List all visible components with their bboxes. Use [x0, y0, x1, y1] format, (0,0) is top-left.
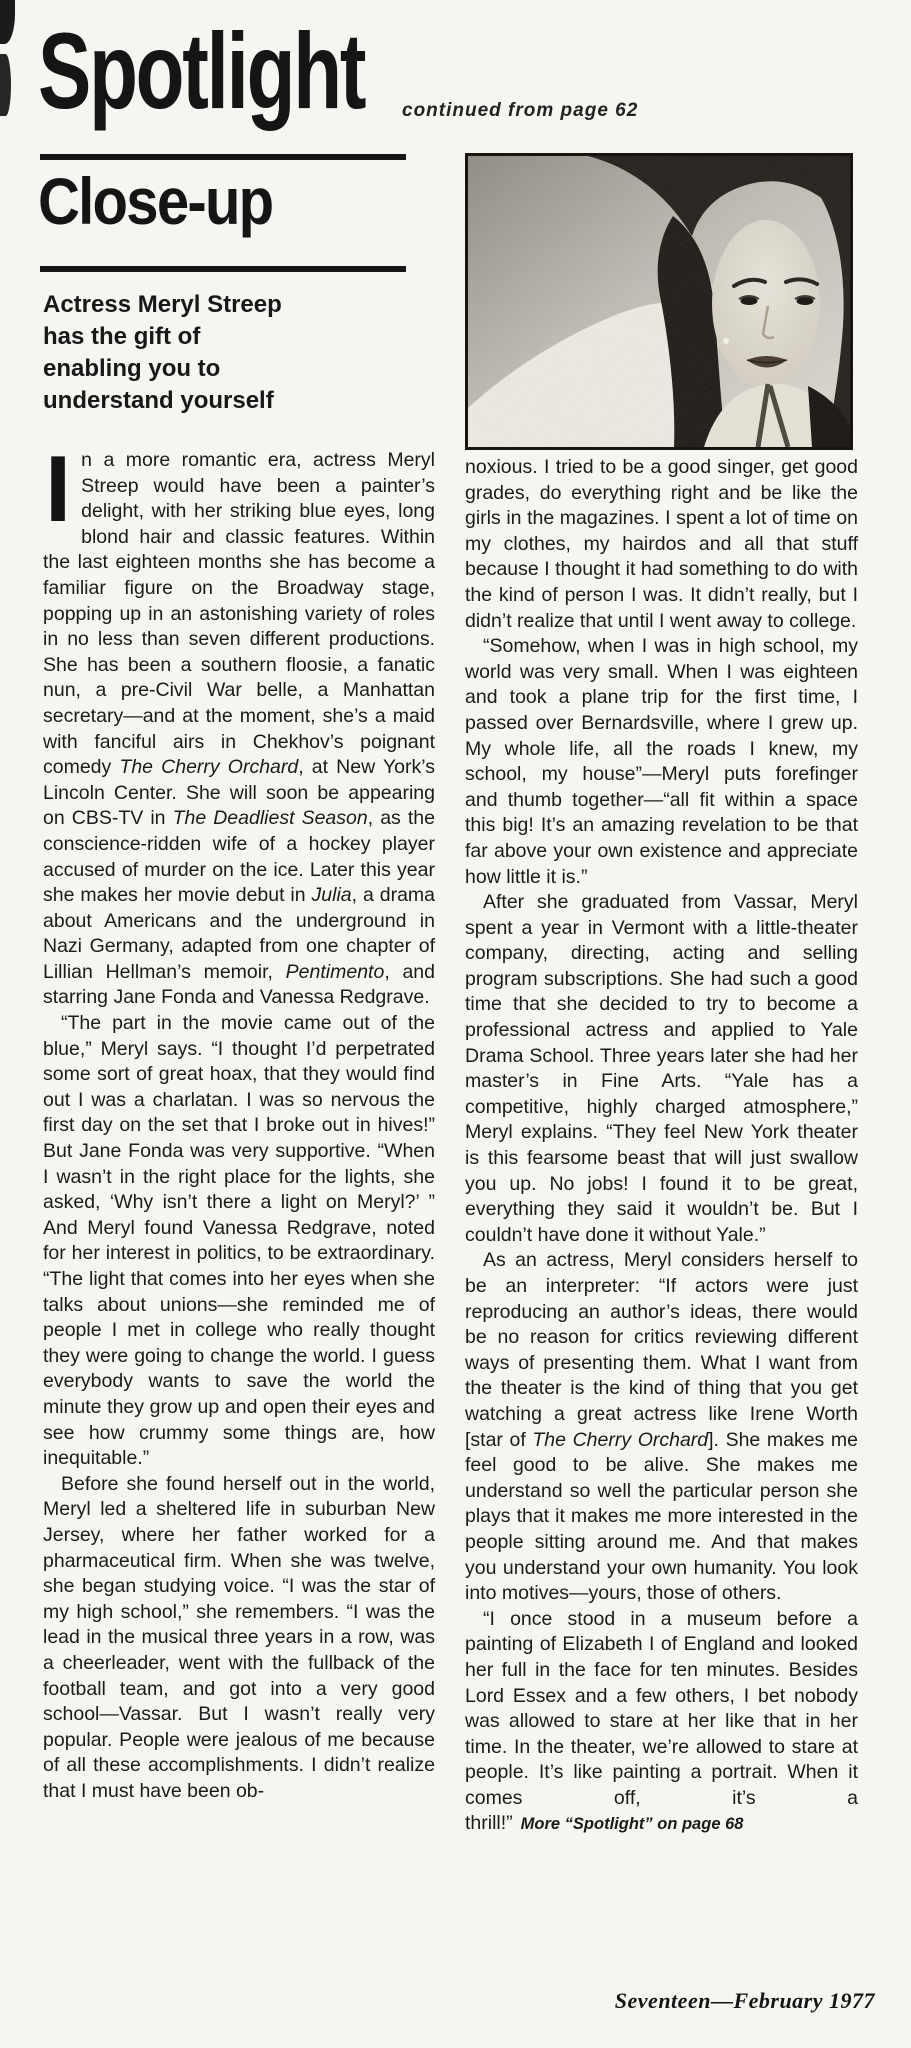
text-run: n a more romantic era, actress Meryl Str…: [43, 449, 435, 778]
paragraph: After she graduated from Vassar, Meryl s…: [465, 890, 858, 1248]
deck-line: understand yourself: [43, 385, 282, 417]
scan-artifact: [0, 0, 15, 44]
section-title: Close-up: [38, 168, 272, 234]
portrait-image: [468, 156, 850, 447]
text-run: The Cherry Orchard: [119, 756, 298, 778]
text-run: “The part in the movie came out of the b…: [43, 1012, 435, 1469]
text-run: ]. She makes me feel good to be alive. S…: [465, 1429, 858, 1605]
film-grain: [468, 156, 850, 447]
magazine-page: Spotlight continued from page 62 Close-u…: [0, 0, 911, 2048]
deck-line: Actress Meryl Streep: [43, 289, 282, 321]
text-run: “Somehow, when I was in high school, my …: [465, 635, 858, 887]
paragraph: Before she found herself out in the worl…: [43, 1472, 435, 1805]
text-run: Julia: [312, 884, 352, 906]
masthead-title: Spotlight: [38, 14, 364, 127]
paragraph: As an actress, Meryl considers herself t…: [465, 1248, 858, 1606]
divider-rule-top: [40, 154, 406, 160]
text-run: Pentimento: [286, 961, 385, 983]
continuation-note: More “Spotlight” on page 68: [521, 1815, 744, 1833]
divider-rule-bottom: [40, 266, 406, 272]
deck-line: has the gift of: [43, 321, 282, 353]
magazine-credit: Seventeen—February 1977: [615, 1988, 875, 2014]
article-column-left: In a more romantic era, actress Meryl St…: [43, 448, 435, 1804]
text-run: After she graduated from Vassar, Meryl s…: [465, 891, 858, 1246]
article-column-right: noxious. I tried to be a good singer, ge…: [465, 455, 858, 1838]
deck-subheadline: Actress Meryl Streep has the gift of ena…: [43, 289, 282, 417]
paragraph: “I once stood in a museum before a paint…: [465, 1607, 858, 1838]
paragraph: “Somehow, when I was in high school, my …: [465, 634, 858, 890]
text-run: The Deadliest Season: [173, 807, 368, 829]
text-run: “I once stood in a museum before a paint…: [465, 1608, 858, 1835]
portrait-photo: [465, 153, 853, 450]
continued-from-note: continued from page 62: [402, 100, 638, 122]
deck-line: enabling you to: [43, 353, 282, 385]
paragraph: In a more romantic era, actress Meryl St…: [43, 448, 435, 1011]
scan-artifact: [0, 54, 11, 116]
text-run: As an actress, Meryl considers herself t…: [465, 1249, 858, 1450]
paragraph: noxious. I tried to be a good singer, ge…: [465, 455, 858, 634]
text-run: Before she found herself out in the worl…: [43, 1473, 435, 1802]
drop-cap: I: [43, 448, 81, 527]
paragraph: “The part in the movie came out of the b…: [43, 1011, 435, 1472]
text-run: noxious. I tried to be a good singer, ge…: [465, 456, 858, 632]
text-run: The Cherry Orchard: [532, 1429, 708, 1451]
